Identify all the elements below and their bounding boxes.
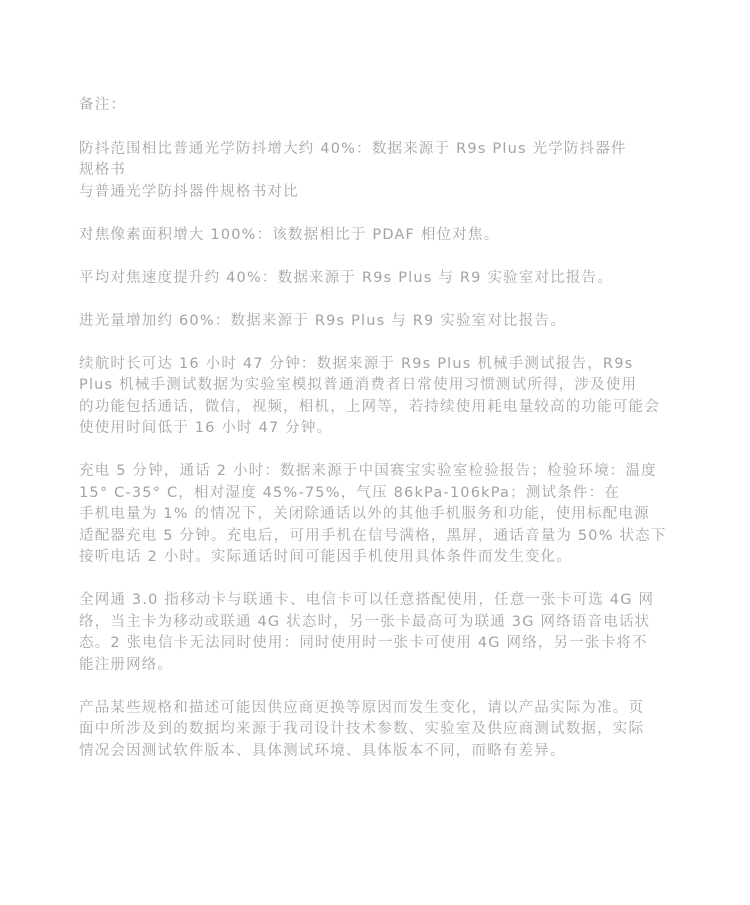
note-line: 规格书: [79, 160, 679, 182]
note-line: 使使用时间低于 16 小时 47 分钟。: [79, 418, 679, 440]
note-line: 情况会因测试软件版本、具体测试环境、具体版本不同，而略有差异。: [79, 741, 679, 763]
notes-section: 备注： 防抖范围相比普通光学防抖增大约 40%：数据来源于 R9s Plus 光…: [79, 95, 679, 784]
note-line: 进光量增加约 60%：数据来源于 R9s Plus 与 R9 实验室对比报告。: [79, 311, 679, 333]
note-line: 态。2 张电信卡无法同时使用：同时使用时一张卡可使用 4G 网络，另一张卡将不: [79, 633, 679, 655]
note-line: 接听电话 2 小时。实际通话时间可能因手机使用具体条件而发生变化。: [79, 547, 679, 569]
note-line: 15° C-35° C，相对湿度 45%-75%，气压 86kPa-106kPa…: [79, 483, 679, 505]
note-line: 能注册网络。: [79, 655, 679, 677]
note-line: 络，当主卡为移动或联通 4G 状态时，另一张卡最高可为联通 3G 网络语音电话状: [79, 612, 679, 634]
note-line: 适配器充电 5 分钟。充电后，可用手机在信号满格，黑屏，通话音量为 50% 状态…: [79, 526, 679, 548]
note-fast-charge: 充电 5 分钟，通话 2 小时：数据来源于中国赛宝实验室检验报告；检验环境：温度…: [79, 461, 679, 569]
note-line: 与普通光学防抖器件规格书对比: [79, 182, 679, 204]
note-line: 的功能包括通话，微信，视频，相机，上网等，若持续使用耗电量较高的功能可能会: [79, 397, 679, 419]
note-line: 对焦像素面积增大 100%：该数据相比于 PDAF 相位对焦。: [79, 225, 679, 247]
note-disclaimer: 产品某些规格和描述可能因供应商更换等原因而发生变化，请以产品实际为准。页 面中所…: [79, 698, 679, 763]
note-light-intake: 进光量增加约 60%：数据来源于 R9s Plus 与 R9 实验室对比报告。: [79, 311, 679, 333]
note-line: 全网通 3.0 指移动卡与联通卡、电信卡可以任意搭配使用，任意一张卡可选 4G …: [79, 590, 679, 612]
note-line: 产品某些规格和描述可能因供应商更换等原因而发生变化，请以产品实际为准。页: [79, 698, 679, 720]
note-line: 续航时长可达 16 小时 47 分钟：数据来源于 R9s Plus 机械手测试报…: [79, 354, 679, 376]
note-battery-life: 续航时长可达 16 小时 47 分钟：数据来源于 R9s Plus 机械手测试报…: [79, 354, 679, 440]
note-full-network: 全网通 3.0 指移动卡与联通卡、电信卡可以任意搭配使用，任意一张卡可选 4G …: [79, 590, 679, 676]
note-focus-speed: 平均对焦速度提升约 40%：数据来源于 R9s Plus 与 R9 实验室对比报…: [79, 268, 679, 290]
page: 备注： 防抖范围相比普通光学防抖增大约 40%：数据来源于 R9s Plus 光…: [0, 0, 750, 905]
note-line: 充电 5 分钟，通话 2 小时：数据来源于中国赛宝实验室检验报告；检验环境：温度: [79, 461, 679, 483]
note-line: 面中所涉及到的数据均来源于我司设计技术参数、实验室及供应商测试数据，实际: [79, 719, 679, 741]
note-focus-pixel-area: 对焦像素面积增大 100%：该数据相比于 PDAF 相位对焦。: [79, 225, 679, 247]
note-stabilization: 防抖范围相比普通光学防抖增大约 40%：数据来源于 R9s Plus 光学防抖器…: [79, 139, 679, 204]
note-line: 平均对焦速度提升约 40%：数据来源于 R9s Plus 与 R9 实验室对比报…: [79, 268, 679, 290]
note-line: Plus 机械手测试数据为实验室模拟普通消费者日常使用习惯测试所得，涉及使用: [79, 375, 679, 397]
note-line: 防抖范围相比普通光学防抖增大约 40%：数据来源于 R9s Plus 光学防抖器…: [79, 139, 679, 161]
notes-heading: 备注：: [79, 95, 679, 117]
note-line: 手机电量为 1% 的情况下，关闭除通话以外的其他手机服务和功能，使用标配电源: [79, 504, 679, 526]
